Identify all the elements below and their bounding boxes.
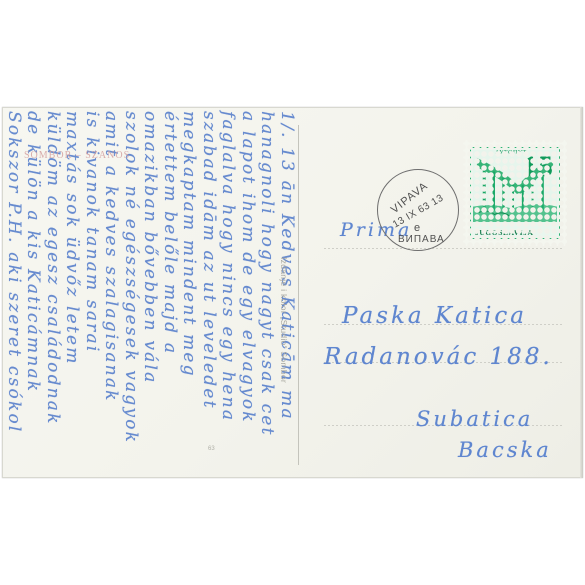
message-line: a lapot ihom de egy elvagyok xyxy=(238,107,258,478)
printed-caption: SOMBOR – SZANOS xyxy=(24,150,130,161)
message-line: hanagnoli hogy nagyt csak cet xyxy=(257,107,277,478)
stamp-value: 15 xyxy=(523,152,553,182)
address-street: Radanovác 188. xyxy=(324,344,553,370)
message-line: maxtás sok üdvőz letem xyxy=(62,107,82,478)
print-number: 63 xyxy=(208,446,215,452)
address-name: Paska Katica xyxy=(342,303,527,329)
message-line: Sokszor P.H. aki szeret csókol xyxy=(4,107,24,478)
postmark: VIPAVA 13 IX 63 13 e ВИПАВА xyxy=(377,169,459,251)
postmark-town-cyrillic: ВИПАВА xyxy=(398,234,445,245)
postcard-back: 1/. 13 ān Kedves Katicām mahanagnoli hog… xyxy=(2,107,583,478)
message-line: küldöm az egesz családodnak xyxy=(43,107,63,478)
message-area: 1/. 13 ān Kedves Katicām mahanagnoli hog… xyxy=(2,107,298,478)
postage-stamp: АУТОПУТ 15 JUGOSLAVIJA xyxy=(463,140,567,246)
message-line: faglalva hogy nincs egy hena xyxy=(218,107,238,478)
message-line: is kivanok tanam sarai xyxy=(82,107,102,478)
address-line xyxy=(324,248,564,249)
message-line: de külön a kis Katicámnak xyxy=(23,107,43,478)
message-line: szabad idām az ut leveledet xyxy=(199,107,219,478)
message-line: omazikban bővebben vála xyxy=(140,107,160,478)
publisher-imprint: Izdanje i kolor „Studio“ Sombor xyxy=(279,257,289,383)
message-line: értettem belőle majd a xyxy=(160,107,180,478)
message-line: szolok né egészségesek vagyok xyxy=(121,107,141,478)
postmark-letter: e xyxy=(414,222,420,234)
center-divider xyxy=(298,125,299,465)
address-region: Bacska xyxy=(458,438,552,462)
message-line: megkaptam mindent meg xyxy=(179,107,199,478)
stamp-country: JUGOSLAVIJA xyxy=(475,228,534,237)
stamp-title: АУТОПУТ xyxy=(495,150,527,156)
address-city: Subatica xyxy=(416,407,533,431)
message-line: amit a kedves szalagisanak xyxy=(101,107,121,478)
handwritten-message: 1/. 13 ān Kedves Katicām mahanagnoli hog… xyxy=(2,107,298,478)
